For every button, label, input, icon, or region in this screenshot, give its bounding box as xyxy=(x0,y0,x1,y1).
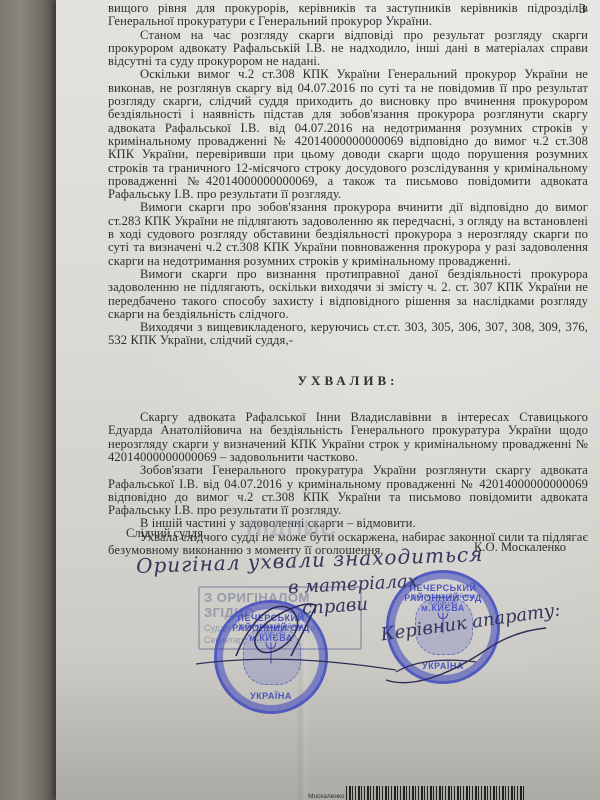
paragraph: Виходячи з вищевикладеного, керуючись ст… xyxy=(108,321,588,348)
resolution-heading: УХВАЛИВ: xyxy=(108,374,588,387)
paragraph: Станом на час розгляду скарги відповіді … xyxy=(108,29,588,69)
paper-shadow xyxy=(56,660,600,800)
barcode-icon xyxy=(346,786,526,800)
background-surface xyxy=(0,0,60,800)
signature-label: Слідчий суддя xyxy=(126,526,203,541)
resolution-paragraph: Зобов'язати Генерального прокуратура Укр… xyxy=(108,464,588,517)
paragraph: Вимоги скарги про зобов'язання прокурора… xyxy=(108,201,588,267)
barcode-block: Москаленко xyxy=(308,786,526,800)
paragraph: вищого рівня для прокурорів, керівників … xyxy=(108,2,588,29)
resolution-paragraph: Скаргу адвоката Рафалської Інни Владисла… xyxy=(108,411,588,464)
seal-country: УКРАЇНА xyxy=(217,691,325,701)
seal-country: УКРАЇНА xyxy=(389,661,497,671)
judge-name: К.О. Москаленко xyxy=(474,540,566,555)
document-page: 3 вищого рівня для прокурорів, керівникі… xyxy=(56,0,600,800)
trident-icon: ᛘ xyxy=(257,637,285,671)
document-body: вищого рівня для прокурорів, керівників … xyxy=(108,2,588,557)
barcode-label: Москаленко xyxy=(308,793,344,800)
paragraph: Вимоги скарги про визнання протиправної … xyxy=(108,268,588,321)
paragraph: Оскільки вимог ч.2 ст.308 КПК України Ге… xyxy=(108,68,588,201)
